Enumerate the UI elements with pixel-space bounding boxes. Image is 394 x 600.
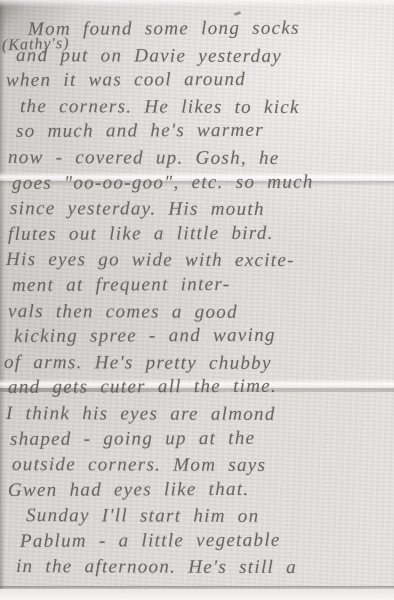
letter-line: now - covered up. Gosh, he: [0, 145, 394, 172]
letter-line: kicking spree - and waving: [0, 322, 394, 349]
letter-line: so much and he's warmer: [0, 118, 394, 145]
letter-line: goes "oo-oo-goo", etc. so much: [0, 169, 394, 196]
letter-line: Gwen had eyes like that.: [0, 476, 394, 503]
letter-line: flutes out like a little bird.: [0, 220, 394, 247]
scanned-letter: Mom found some long socks and put on Dav…: [0, 0, 394, 600]
letter-line: in the afternoon. He's still a: [0, 554, 394, 581]
letter-body: Mom found some long socks and put on Dav…: [0, 17, 394, 580]
letter-line: His eyes go wide with excite-: [0, 247, 394, 274]
letter-line: I think his eyes are almond: [0, 401, 394, 428]
letter-line: Pablum - a little vegetable: [0, 527, 394, 554]
letter-line: vals then comes a good: [0, 299, 394, 326]
letter-line: outside corners. Mom says: [0, 452, 394, 479]
letter-line: when it was cool around: [0, 66, 394, 93]
letter-line: since yesterday. His mouth: [0, 196, 394, 223]
letter-line: ment at frequent inter-: [0, 271, 394, 298]
letter-line: Sunday I'll start him on: [0, 503, 394, 530]
inserted-annotation: (Kathy's): [2, 35, 70, 55]
paper-top-edge-highlight: [0, 0, 394, 7]
letter-line: shaped - going up at the: [0, 425, 394, 452]
scanner-background: [0, 589, 394, 600]
letter-line: and gets cuter all the time.: [0, 374, 394, 401]
